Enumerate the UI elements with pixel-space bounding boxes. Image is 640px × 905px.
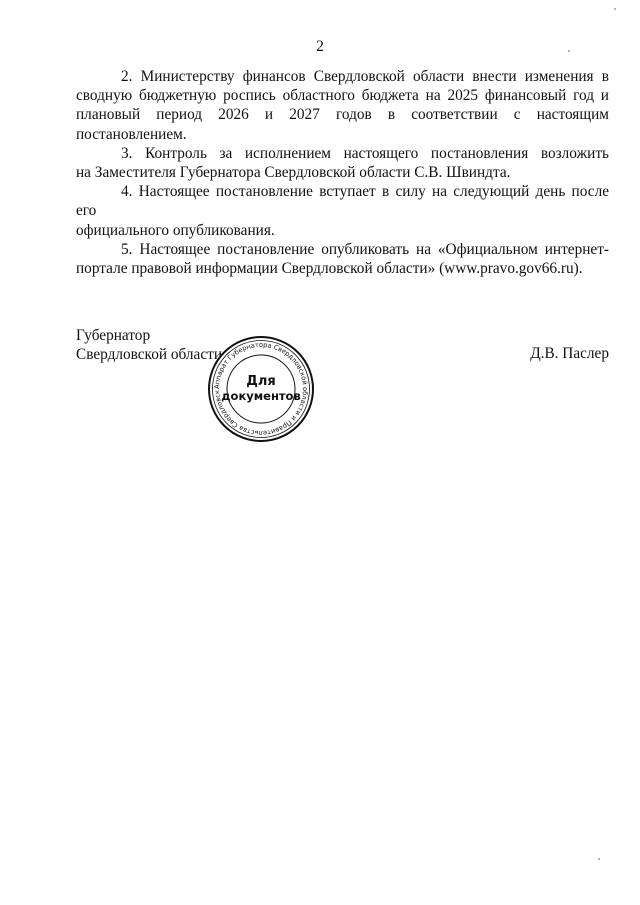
stamp-center-line2: документов: [221, 389, 300, 403]
document-body: 2. Министерству финансов Свердловской об…: [76, 67, 609, 278]
paragraph-3: 3. Контроль за исполнением настоящего по…: [76, 144, 609, 182]
paragraph-5: 5. Настоящее постановление опубликовать …: [76, 240, 609, 278]
signatory-title-line1: Губернатор: [76, 326, 222, 345]
paragraph-4: 4. Настоящее постановление вступает в си…: [76, 182, 609, 240]
document-page: 2 2. Министерству финансов Свердловской …: [0, 0, 640, 905]
page-number: 2: [0, 38, 640, 56]
official-stamp: Аппарат Губернатора Свердловской области…: [206, 334, 316, 444]
scan-speck: [614, 8, 616, 10]
signatory-title: Губернатор Свердловской области: [76, 326, 222, 364]
scan-speck: [568, 50, 570, 52]
signatory-name: Д.В. Паслер: [530, 345, 609, 363]
scan-speck: [598, 858, 600, 860]
stamp-center-line1: Для: [246, 374, 275, 389]
signatory-title-line2: Свердловской области: [76, 345, 222, 364]
paragraph-2: 2. Министерству финансов Свердловской об…: [76, 67, 609, 144]
